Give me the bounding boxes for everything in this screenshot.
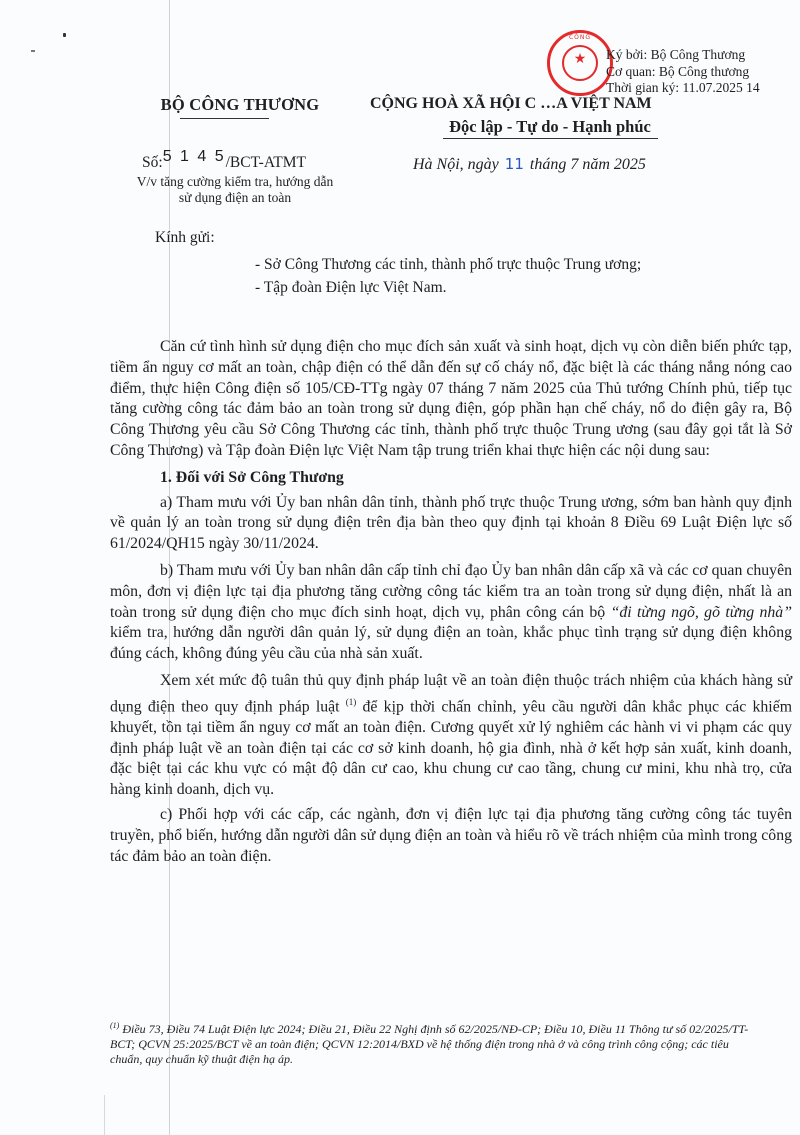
item-c-paragraph: c) Phối hợp với các cấp, các ngành, đơn …: [110, 805, 792, 867]
scan-speck: [31, 50, 35, 52]
item-b-text-end: kiểm tra, hướng dẫn người dân quản lý, s…: [110, 624, 792, 662]
motto-underline: [443, 138, 658, 139]
seal-ring-text: CÔNG: [550, 34, 610, 41]
scan-artifact-line: [104, 1095, 105, 1135]
date-prefix: Hà Nội, ngày: [413, 156, 499, 173]
footnote: (1) Điều 73, Điều 74 Luật Điện lực 2024;…: [110, 1018, 750, 1067]
item-b-paragraph: b) Tham mưu với Ủy ban nhân dân cấp tỉnh…: [110, 561, 792, 665]
date-day-handwritten: 11: [499, 155, 530, 173]
date-suffix: tháng 7 năm 2025: [530, 156, 646, 173]
recipients-list: - Sở Công Thương các tỉnh, thành phố trự…: [255, 253, 641, 299]
item-b-quote: “đi từng ngõ, gõ từng nhà”: [611, 604, 792, 621]
doc-number-handwritten: 5 1 4 5: [163, 148, 226, 165]
item-a-paragraph: a) Tham mưu với Ủy ban nhân dân tỉnh, th…: [110, 493, 792, 555]
document-subject: V/v tăng cường kiểm tra, hướng dẫn sử dụ…: [115, 174, 355, 206]
signed-by: Ký bởi: Bộ Công Thương: [606, 47, 760, 64]
issuing-agency: BỘ CÔNG THƯƠNG: [150, 95, 330, 115]
doc-number-label: Số:: [142, 154, 163, 171]
dateline: Hà Nội, ngày11tháng 7 năm 2025: [413, 155, 646, 174]
footnote-text: Điều 73, Điều 74 Luật Điện lực 2024; Điề…: [110, 1022, 748, 1066]
scan-speck: [63, 33, 66, 37]
agency-underline: [180, 118, 269, 119]
digital-signature-info: Ký bởi: Bộ Công Thương Cơ quan: Bộ Công …: [606, 47, 760, 97]
subject-line-1: V/v tăng cường kiểm tra, hướng dẫn: [115, 174, 355, 190]
intro-paragraph: Căn cứ tình hình sử dụng điện cho mục đí…: [110, 337, 792, 462]
national-motto: Độc lập - Tự do - Hạnh phúc: [425, 117, 675, 137]
doc-number-suffix: /BCT-ATMT: [226, 154, 306, 171]
signing-time: Thời gian ký: 11.07.2025 14: [606, 80, 760, 97]
signing-agency: Cơ quan: Bộ Công thương: [606, 64, 760, 81]
item-b2-paragraph: Xem xét mức độ tuân thủ quy định pháp lu…: [110, 671, 792, 801]
star-icon: ★: [564, 51, 596, 67]
section-1-heading: 1. Đối với Sở Công Thương: [110, 468, 792, 489]
recipients-label: Kính gửi:: [155, 229, 215, 247]
subject-line-2: sử dụng điện an toàn: [115, 190, 355, 206]
recipient-item: - Sở Công Thương các tỉnh, thành phố trự…: [255, 253, 641, 276]
recipient-item: - Tập đoàn Điện lực Việt Nam.: [255, 276, 641, 299]
document-body: Căn cứ tình hình sử dụng điện cho mục đí…: [110, 337, 792, 873]
document-number: Số:5 1 4 5/BCT-ATMT: [142, 154, 306, 172]
seal-emblem: ★: [562, 45, 598, 81]
official-seal-icon: CÔNG ★: [547, 30, 613, 96]
footnote-reference[interactable]: (1): [346, 697, 357, 707]
footnote-marker: (1): [110, 1021, 119, 1030]
national-title: CỘNG HOÀ XÃ HỘI C …A VIỆT NAM: [370, 95, 800, 113]
